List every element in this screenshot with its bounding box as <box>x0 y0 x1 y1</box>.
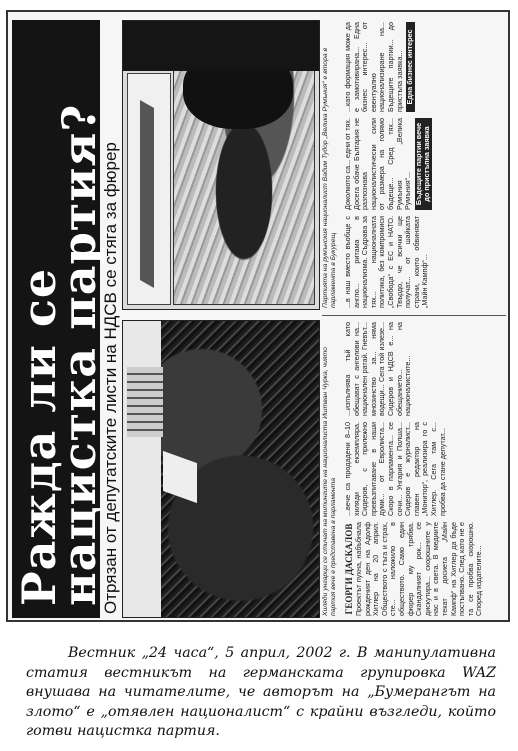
photo-right-caption: Партията на румънския националист Вадим … <box>322 22 337 308</box>
column-text: ...като формация може да е замотивирана.… <box>344 22 404 112</box>
crowd-photo <box>122 320 320 618</box>
column-text: Доколкото са... едни от тях. Досега обач… <box>344 118 413 210</box>
column-text: ...изпълнява тъй като обещават с ангелов… <box>344 322 413 416</box>
newspaper-clipping: Ражда ли се нацистка партия? Отрязан от … <box>6 10 510 622</box>
article-body: Хиляди унгарци се стичат на митингите на… <box>322 20 506 618</box>
rotated-clipping-content: Ражда ли се нацистка партия? Отрязан от … <box>8 12 508 620</box>
subhead: Една бизнес интерес <box>406 22 415 112</box>
photo-sky <box>123 321 161 617</box>
caption-text: Вестник „24 часа“, 5 април, 2002 г. В ма… <box>26 644 496 742</box>
column-text: ...в наш вместо въобще с англо... ритама… <box>344 216 430 308</box>
article-column-3: ...изпълнява тъй като обещават с ангелов… <box>344 322 504 416</box>
article-column-5: Доколкото са... едни от тях. Досега обач… <box>344 118 504 210</box>
article-column-6: ...като формация може да е замотивирана.… <box>344 22 504 112</box>
article-column-1: ГЕОРГИ ДАСКАЛОВ Проектът пухна, набъбнал… <box>344 522 504 616</box>
article-column-4: ...в наш вместо въобще с англо... ритама… <box>344 216 504 308</box>
photo-dark-area <box>123 20 320 71</box>
headline-line-2: нацистка партия? <box>52 104 106 606</box>
article-column-2: ...вече са продадени 8–10 хиляди екземпл… <box>344 422 504 516</box>
photo-flag <box>163 451 197 503</box>
photo-left-caption: Хиляди унгарци се стичат на митингите на… <box>322 326 337 616</box>
headline-banner: Ражда ли се нацистка партия? <box>12 20 100 618</box>
photo-building <box>127 367 163 437</box>
column-divider <box>322 315 506 316</box>
map-portrait-photo <box>122 20 320 310</box>
photo-banner <box>127 73 171 305</box>
subhead: Бъдещите партии вече до пристъпна заявка <box>415 118 432 210</box>
figure-caption: Вестник „24 часа“, 5 април, 2002 г. В ма… <box>26 644 496 742</box>
column-text: Проектът пухна, набъбнала рожденият ден … <box>355 522 484 616</box>
subtitle: Отрязан от депутатските листи на НДСВ се… <box>100 20 122 614</box>
column-text: ...вече са продадени 8–10 хиляди екземпл… <box>344 422 447 516</box>
